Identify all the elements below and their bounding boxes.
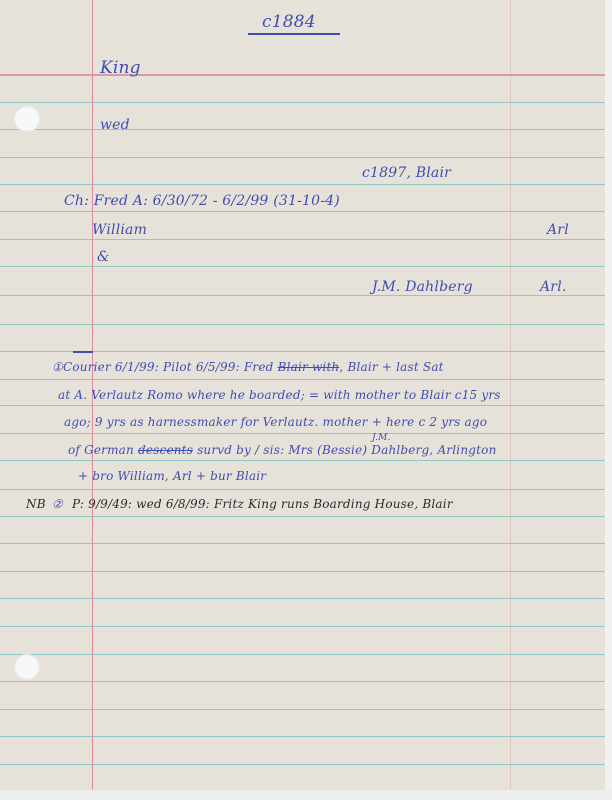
ruled-line: [0, 324, 605, 325]
ruled-line: [0, 211, 605, 212]
ruled-line: [0, 295, 605, 296]
header-red-rule: [0, 74, 605, 76]
married-label: wed: [100, 117, 130, 133]
ruled-line: [0, 460, 605, 461]
ruled-line: [0, 266, 605, 267]
scan-edge-right: [605, 0, 612, 800]
ruled-line: [0, 681, 605, 682]
william-place: Arl: [547, 222, 569, 238]
note-dash-mark: [73, 351, 93, 353]
note2-text: P: 9/9/49: wed 6/8/99: Fritz King runs B…: [72, 497, 453, 511]
note1-line1-start: ①Courier 6/1/99: Pilot 6/5/99: Fred: [52, 360, 274, 374]
ruled-line: [0, 709, 605, 710]
dahlberg-place: Arl.: [540, 279, 567, 295]
child-line: Ch: Fred A: 6/30/72 - 6/2/99 (31-10-4): [64, 193, 340, 209]
header-date: c1884: [262, 12, 316, 32]
ampersand: &: [97, 249, 110, 265]
name-dahlberg: J.M. Dahlberg: [372, 279, 473, 295]
punch-hole: [14, 654, 40, 680]
note1-line4-end: survd by / sis: Mrs (Bessie) Dahlberg, A…: [197, 443, 496, 457]
ruled-line: [0, 626, 605, 627]
ruled-line: [0, 598, 605, 599]
residence-note: c1897, Blair: [362, 165, 451, 181]
ruled-line: [0, 405, 605, 406]
ruled-line: [0, 102, 605, 103]
ruled-line: [0, 543, 605, 544]
note1-line2: at A. Verlautz Romo where he boarded; = …: [58, 388, 501, 402]
punch-hole: [14, 106, 40, 132]
note2-number: ②: [52, 497, 63, 511]
ruled-line: [0, 571, 605, 572]
ruled-line: [0, 736, 605, 737]
note1-line5: + bro William, Arl + bur Blair: [78, 469, 266, 483]
note1-line1-end: , Blair + last Sat: [339, 360, 443, 374]
ruled-line: [0, 489, 605, 490]
ruled-line: [0, 764, 605, 765]
note1-superscript: J.M.: [372, 433, 391, 443]
header-underline: [248, 33, 340, 35]
ruled-line: [0, 157, 605, 158]
ruled-line: [0, 654, 605, 655]
ruled-line: [0, 129, 605, 130]
ruled-line: [0, 239, 605, 240]
note2-prefix: NB: [26, 497, 46, 511]
ruled-line: [0, 379, 605, 380]
ruled-line: [0, 184, 605, 185]
right-margin-line: [510, 0, 511, 790]
ruled-line: [0, 516, 605, 517]
scan-edge-bottom: [0, 790, 612, 800]
note1-line3: ago; 9 yrs as harnessmaker for Verlautz.…: [64, 415, 487, 429]
name-william: William: [92, 222, 147, 238]
surname: King: [100, 58, 141, 78]
lined-paper-page: c1884 King wed c1897, Blair Ch: Fred A: …: [0, 0, 605, 790]
note1-struck-text: Blair with: [278, 360, 340, 374]
note1-line4-start: of German: [68, 443, 134, 457]
note1-line1: ①Courier 6/1/99: Pilot 6/5/99: Fred Blai…: [52, 360, 444, 374]
note1-struck-descents: descents: [138, 443, 193, 457]
ruled-line: [0, 433, 605, 434]
note1-line4: of German descents survd by / sis: Mrs (…: [68, 443, 497, 457]
